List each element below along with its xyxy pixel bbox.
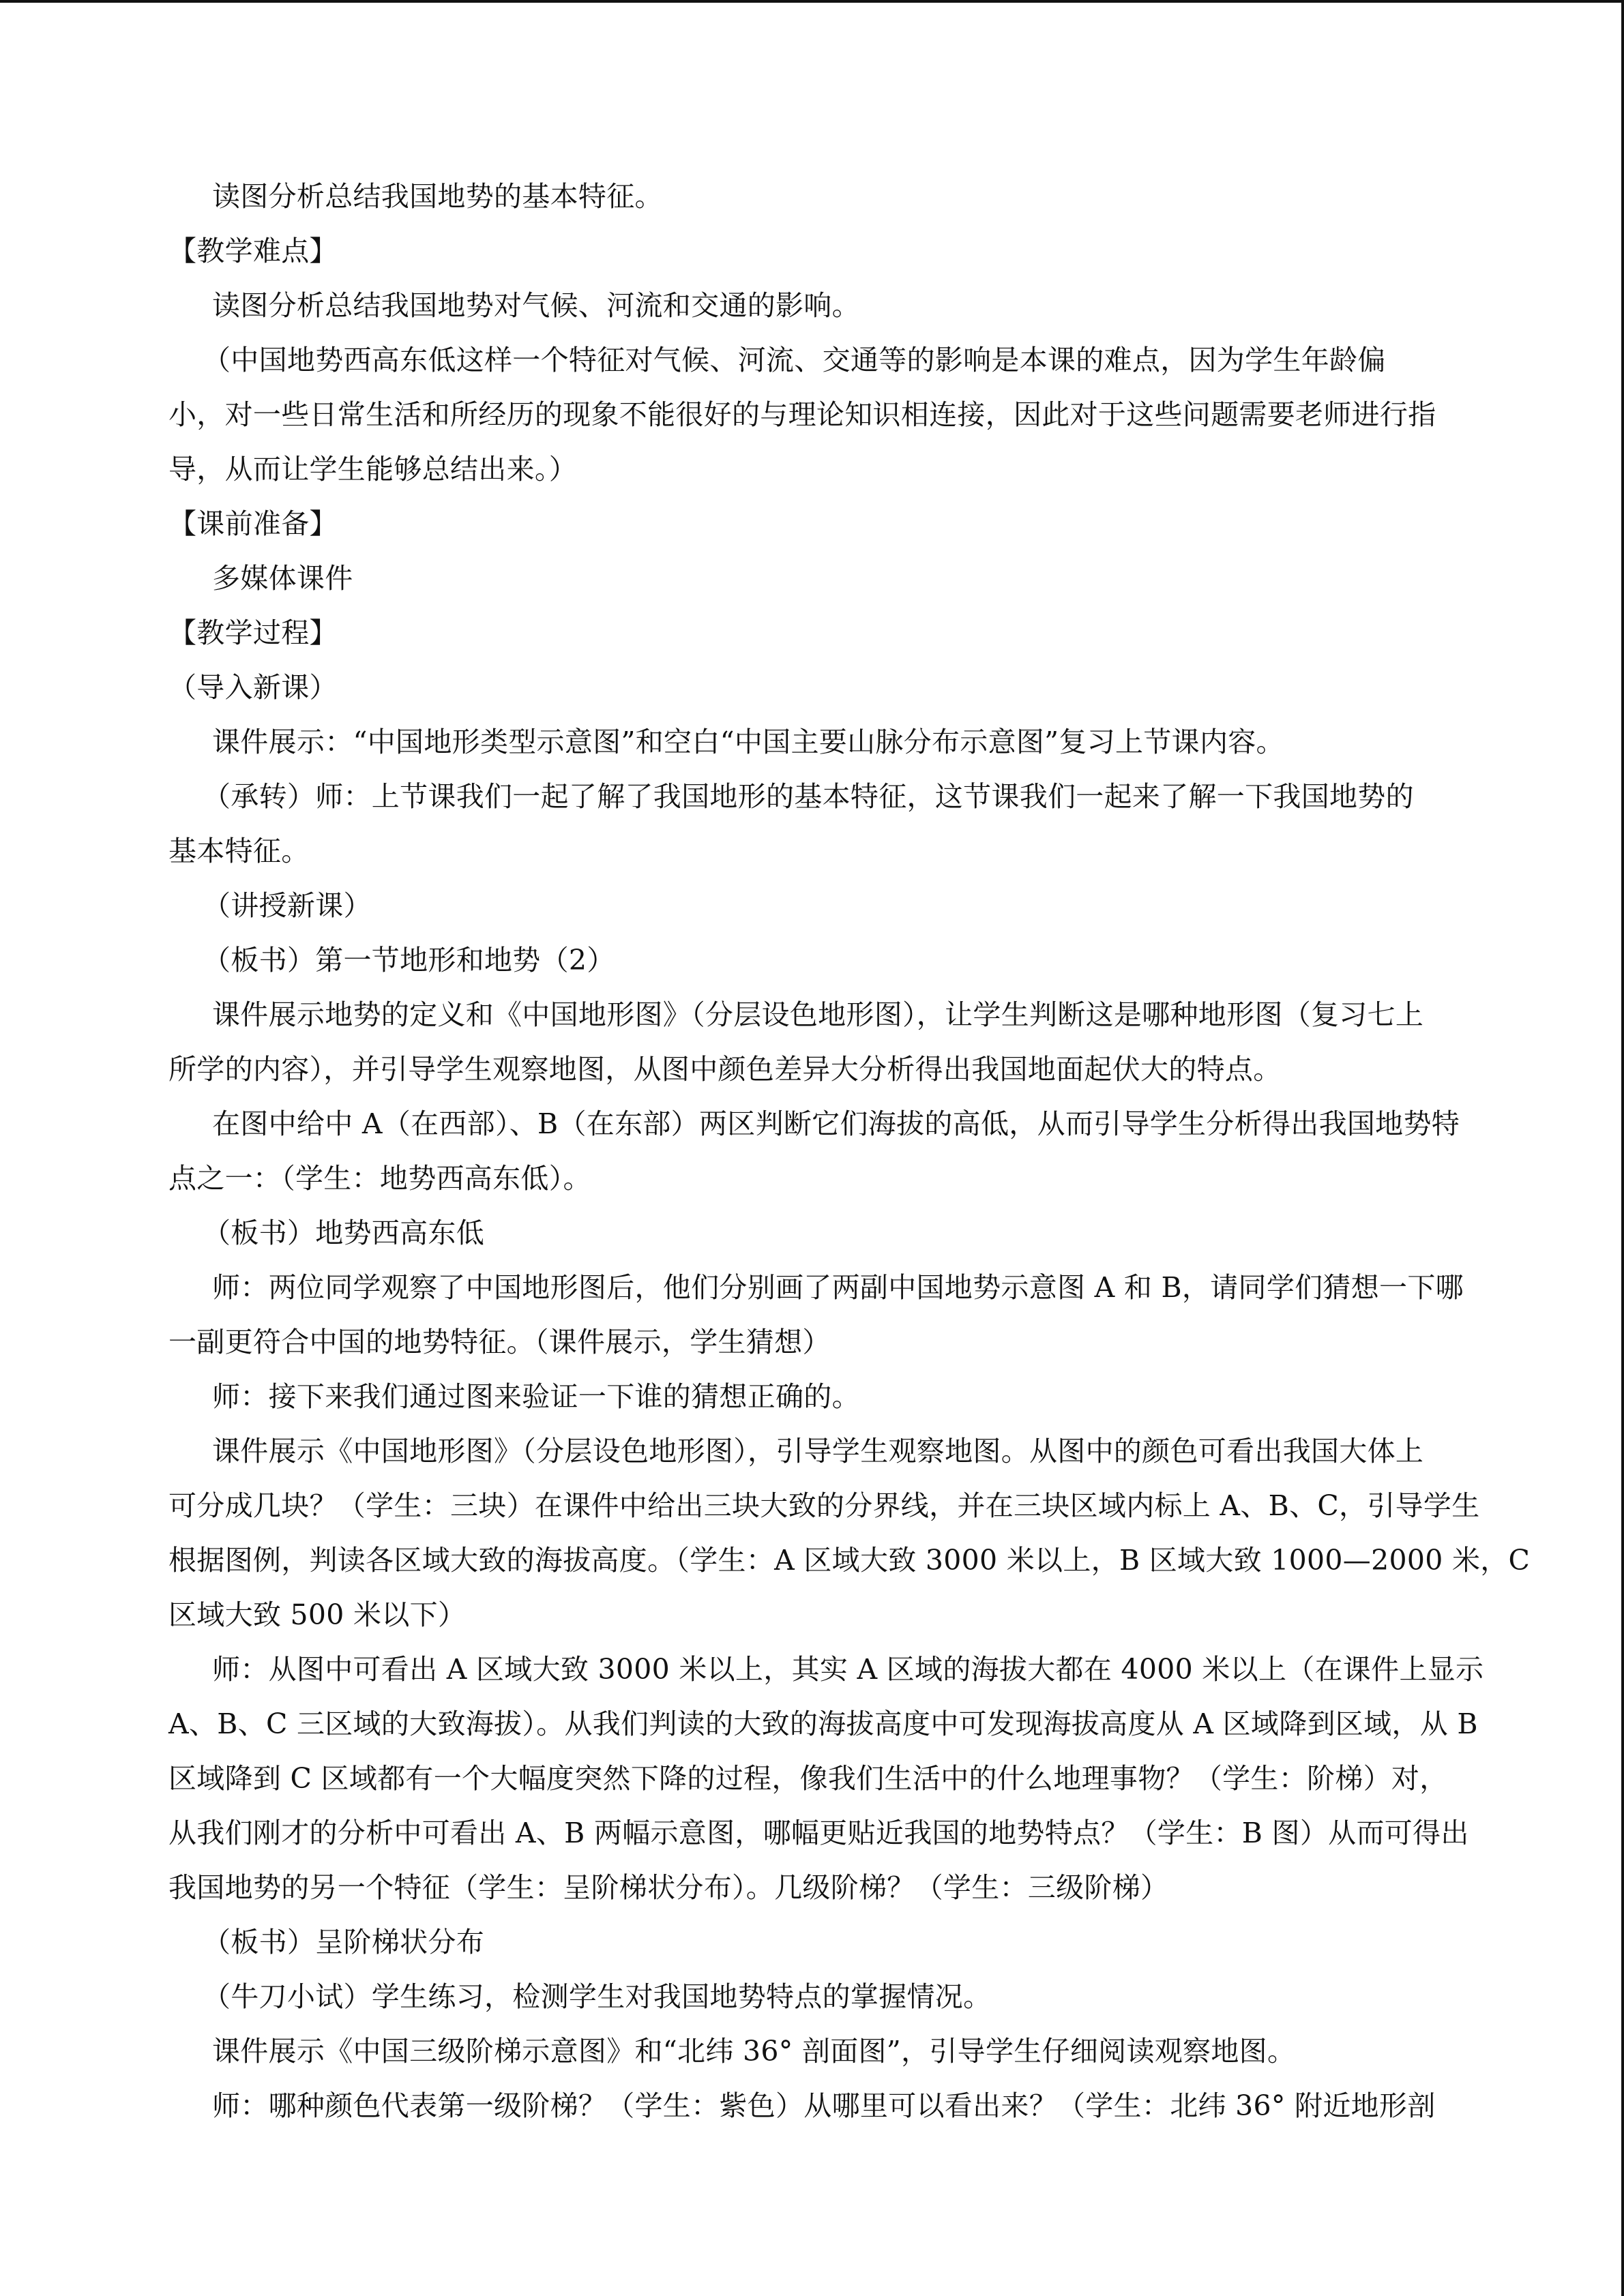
subheading-intro: （导入新课） [168, 660, 1471, 715]
paragraph-line: 课件展示地势的定义和《中国地形图》（分层设色地形图），让学生判断这是哪种地形图（… [168, 987, 1471, 1042]
paragraph-line: 从我们刚才的分析中可看出 A、B 两幅示意图，哪幅更贴近我国的地势特点？（学生：… [168, 1806, 1471, 1860]
paragraph-line: A、B、C 三区域的大致海拔）。从我们判读的大致的海拔高度中可发现海拔高度从 A… [168, 1697, 1471, 1751]
key-point-text: 读图分析总结我国地势的基本特征。 [168, 169, 1471, 224]
paragraph-line: 根据图例，判读各区域大致的海拔高度。（学生：A 区域大致 3000 米以上，B … [168, 1533, 1471, 1587]
paragraph-line: 师：哪种颜色代表第一级阶梯？（学生：紫色）从哪里可以看出来？（学生：北纬 36°… [168, 2078, 1471, 2133]
section-heading-teaching-difficulty: 【教学难点】 [168, 224, 1471, 278]
paragraph-line: 区域降到 C 区域都有一个大幅度突然下降的过程，像我们生活中的什么地理事物？（学… [168, 1751, 1471, 1806]
difficulty-note-line-3: 导，从而让学生能够总结出来。） [168, 442, 1471, 496]
document-page: 读图分析总结我国地势的基本特征。 【教学难点】 读图分析总结我国地势对气候、河流… [0, 0, 1624, 2296]
paragraph-line: 我国地势的另一个特征（学生：呈阶梯状分布）。几级阶梯？（学生：三级阶梯） [168, 1860, 1471, 1915]
document-body: 读图分析总结我国地势的基本特征。 【教学难点】 读图分析总结我国地势对气候、河流… [168, 169, 1471, 2133]
paragraph-line: （承转）师：上节课我们一起了解了我国地形的基本特征，这节课我们一起来了解一下我国… [168, 769, 1471, 824]
paragraph-line: 课件展示《中国三级阶梯示意图》和“北纬 36° 剖面图”，引导学生仔细阅读观察地… [168, 2024, 1471, 2078]
paragraph-line: 点之一：（学生：地势西高东低）。 [168, 1151, 1471, 1206]
page-right-border [1621, 0, 1624, 2296]
paragraph-line: （板书）第一节地形和地势（2） [168, 933, 1471, 987]
section-heading-preparation: 【课前准备】 [168, 496, 1471, 551]
paragraph-line: 课件展示《中国地形图》（分层设色地形图），引导学生观察地图。从图中的颜色可看出我… [168, 1424, 1471, 1478]
paragraph-line: （板书）地势西高东低 [168, 1206, 1471, 1260]
page-top-border [0, 0, 1624, 3]
paragraph-line: 可分成几块？（学生：三块）在课件中给出三块大致的分界线，并在三块区域内标上 A、… [168, 1478, 1471, 1533]
paragraph-line: （板书）呈阶梯状分布 [168, 1915, 1471, 1969]
section-heading-teaching-process: 【教学过程】 [168, 606, 1471, 660]
subheading-new-lesson: （讲授新课） [168, 878, 1471, 933]
paragraph-line: 师：接下来我们通过图来验证一下谁的猜想正确的。 [168, 1369, 1471, 1424]
paragraph-line: 所学的内容），并引导学生观察地图，从图中颜色差异大分析得出我国地面起伏大的特点。 [168, 1042, 1471, 1097]
paragraph-line: 基本特征。 [168, 824, 1471, 878]
difficulty-note-line-2: 小，对一些日常生活和所经历的现象不能很好的与理论知识相连接，因此对于这些问题需要… [168, 387, 1471, 442]
difficulty-text: 读图分析总结我国地势对气候、河流和交通的影响。 [168, 278, 1471, 333]
paragraph-line: （牛刀小试）学生练习，检测学生对我国地势特点的掌握情况。 [168, 1969, 1471, 2024]
paragraph-line: 区域大致 500 米以下） [168, 1587, 1471, 1642]
preparation-text: 多媒体课件 [168, 551, 1471, 606]
paragraph-line: 师：从图中可看出 A 区域大致 3000 米以上，其实 A 区域的海拔大都在 4… [168, 1642, 1471, 1697]
paragraph-line: 一副更符合中国的地势特征。（课件展示，学生猜想） [168, 1315, 1471, 1369]
difficulty-note-line-1: （中国地势西高东低这样一个特征对气候、河流、交通等的影响是本课的难点，因为学生年… [168, 333, 1471, 387]
paragraph-line: 师：两位同学观察了中国地形图后，他们分别画了两副中国地势示意图 A 和 B，请同… [168, 1260, 1471, 1315]
paragraph-line: 在图中给中 A（在西部）、B（在东部）两区判断它们海拔的高低，从而引导学生分析得… [168, 1097, 1471, 1151]
paragraph-line: 课件展示：“中国地形类型示意图”和空白“中国主要山脉分布示意图”复习上节课内容。 [168, 715, 1471, 769]
